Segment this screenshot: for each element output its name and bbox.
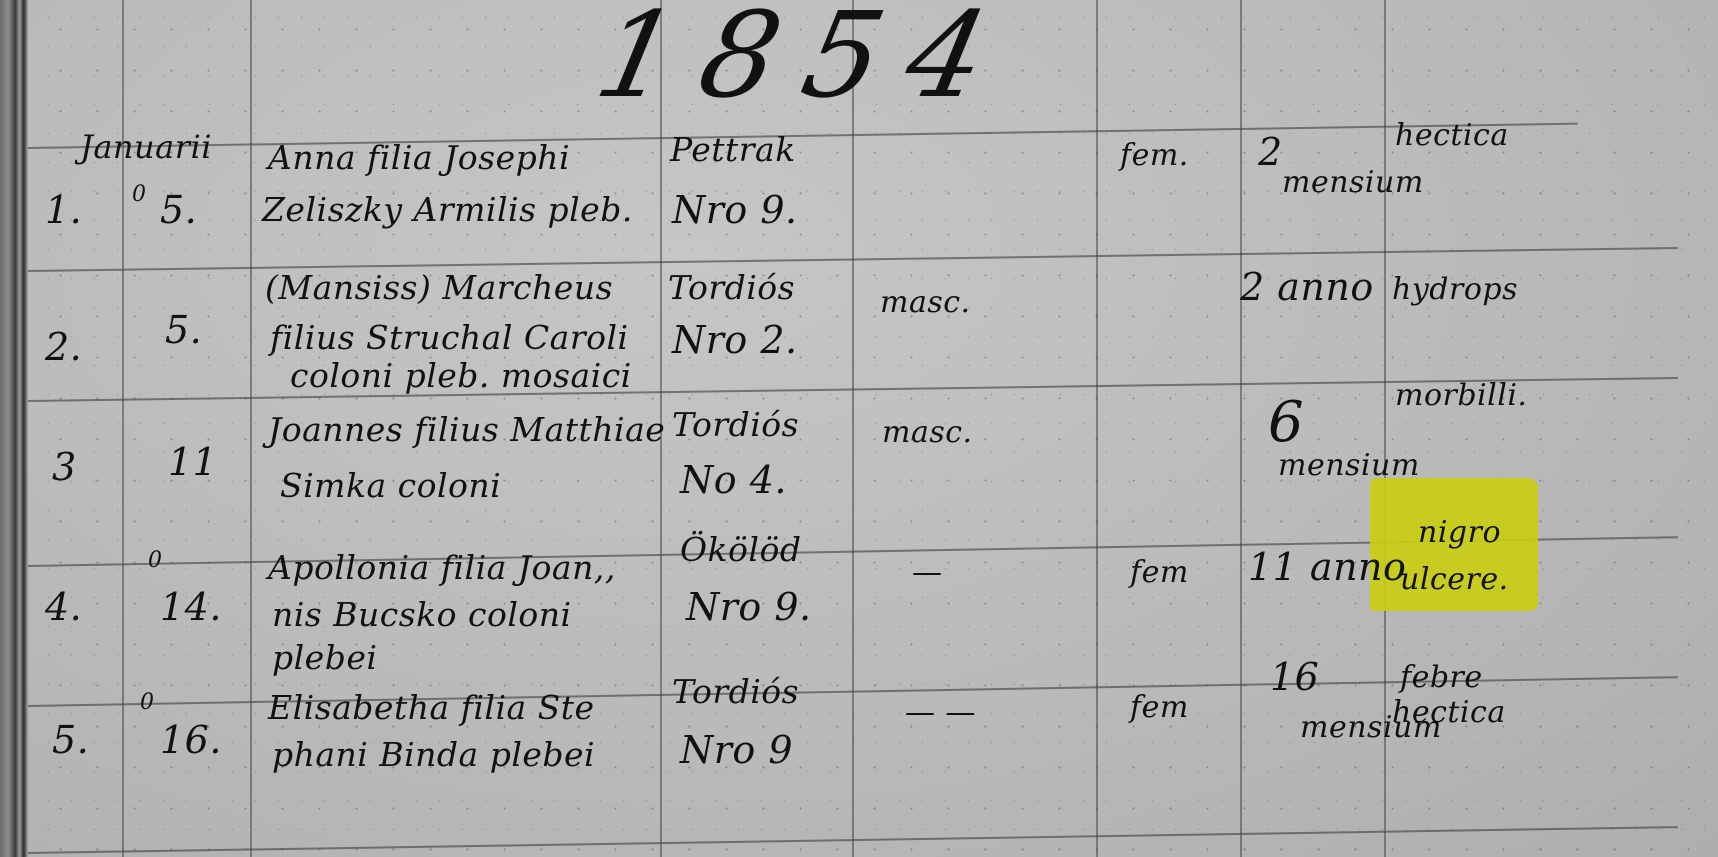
entry-age-line1: 2 anno (1240, 265, 1374, 309)
entry-place-line2: No 4. (680, 458, 787, 502)
entry-name-line1: Anna filia Josephi (268, 138, 570, 177)
entry-name-line2: nis Bucsko coloni (272, 595, 572, 634)
entry-age-line1: 16 (1270, 655, 1319, 699)
entry-cause-line1: morbilli. (1395, 378, 1527, 413)
month-label: Januarii (80, 128, 212, 166)
column-rule (1096, 0, 1098, 857)
entry-day: 16. (160, 718, 222, 762)
entry-sex-female: fem (1130, 555, 1189, 590)
entry-sex-female: fem (1130, 690, 1189, 725)
entry-name-line2: Simka coloni (280, 466, 501, 505)
entry-index: 5. (52, 718, 89, 762)
entry-age-line1: 6 (1268, 390, 1304, 455)
entry-place-line2: Nro 9. (686, 585, 812, 629)
entry-age-line1: 11 anno (1248, 545, 1406, 589)
entry-mark: 0 (140, 690, 155, 715)
entry-name-line2: filius Struchal Caroli (270, 318, 629, 357)
entry-name-line1: Joannes filius Matthiae (268, 410, 665, 449)
entry-age-line2: mensium (1282, 165, 1424, 200)
register-page: 1854 Januarii 1. 0 5. Anna filia Josephi… (0, 0, 1718, 857)
entry-name-line3: coloni pleb. mosaici (290, 356, 632, 395)
entry-day: 14. (160, 585, 222, 629)
entry-place-line1: Ökölöd (680, 530, 801, 569)
entry-cause-line1: nigro (1418, 515, 1501, 550)
entry-place-line1: Pettrak (670, 130, 796, 169)
year-heading: 1854 (585, 0, 1027, 124)
entry-cause-line1: febre (1400, 660, 1483, 695)
row-rule (28, 123, 1578, 149)
entry-cause-line1: hectica (1395, 118, 1509, 153)
entry-index: 3 (52, 445, 77, 489)
entry-place-line2: Nro 9 (680, 728, 793, 772)
column-rule (852, 0, 854, 857)
entry-place-line1: Tordiós (672, 672, 799, 711)
entry-place-line1: Tordiós (668, 268, 795, 307)
entry-day: 5. (165, 308, 202, 352)
entry-sex-female: fem. (1120, 138, 1189, 173)
entry-day: 5. (160, 188, 197, 232)
entry-index: 4. (45, 585, 82, 629)
book-binding-edge (0, 0, 28, 857)
entry-name-line3: plebei (272, 638, 377, 677)
entry-place-line2: Nro 2. (672, 318, 798, 362)
entry-index: 2. (45, 325, 82, 369)
entry-sex-male: masc. (880, 285, 971, 320)
entry-name-line2: Zeliszky Armilis pleb. (262, 190, 633, 229)
entry-cause-line2: hectica (1392, 695, 1506, 730)
entry-cause-line2: ulcere. (1400, 562, 1509, 597)
column-rule (250, 0, 252, 857)
entry-mark: 0 (148, 548, 163, 573)
entry-name-line1: Apollonia filia Joan,, (268, 548, 616, 587)
entry-mark: 0 (132, 182, 147, 207)
entry-name-line1: Elisabetha filia Ste (268, 688, 595, 727)
entry-sex-male: masc. (882, 415, 973, 450)
entry-place-line1: Tordiós (672, 405, 799, 444)
entry-age-line2: mensium (1278, 448, 1420, 483)
entry-cause-line1: hydrops (1392, 272, 1518, 307)
entry-age-line1: 2 (1258, 130, 1283, 174)
entry-sex-male: — — (905, 695, 976, 730)
entry-place-line2: Nro 9. (672, 188, 798, 232)
entry-sex-male: — (912, 555, 943, 590)
entry-name-line1: (Mansiss) Marcheus (265, 268, 613, 307)
entry-day: 11 (168, 440, 217, 484)
entry-index: 1. (45, 188, 82, 232)
entry-name-line2: phani Binda plebei (272, 735, 595, 774)
